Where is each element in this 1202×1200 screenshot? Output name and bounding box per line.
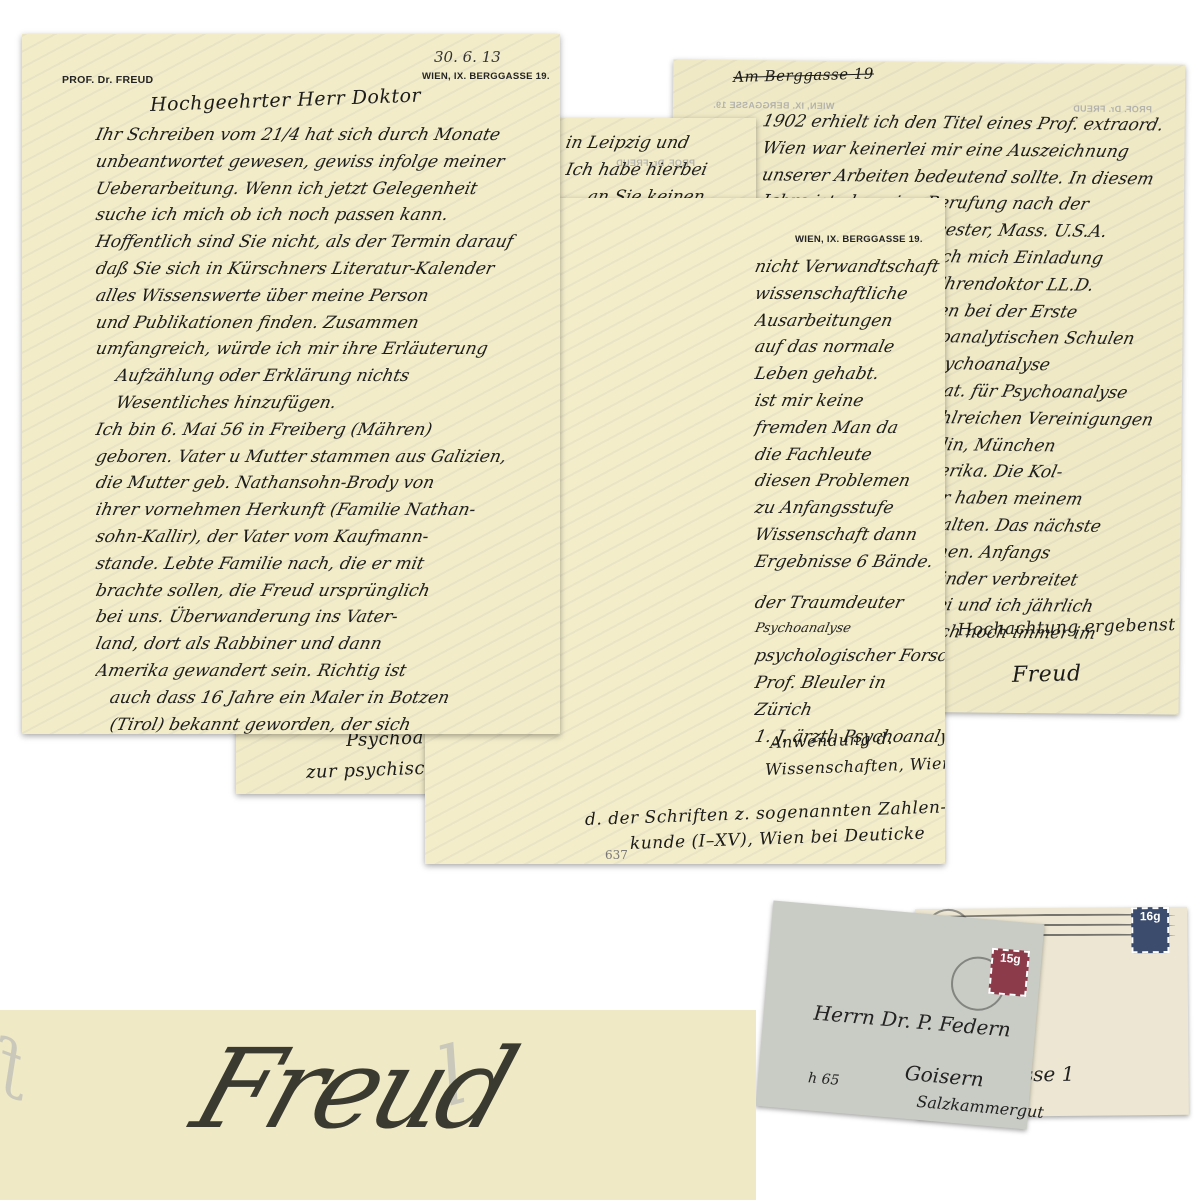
handwritten-line: sohn-Kallir), der Vater vom Kaufmann-: [93, 524, 559, 551]
handwritten-line: stande. Lebte Familie nach, die er mit: [93, 551, 559, 578]
handwritten-line: Amerika gewandert sein. Richtig ist: [93, 658, 559, 685]
handwritten-line: 1902 erhielt ich den Titel eines Prof. e…: [760, 108, 1186, 139]
continuation-line: Wissenschaften, Wien: [765, 753, 945, 779]
letter-date: 30. 6. 13: [434, 48, 501, 66]
salutation: Hochgeehrter Herr Doktor: [150, 85, 422, 116]
handwritten-line: ihrer vornehmen Herkunft (Familie Nathan…: [93, 497, 559, 524]
handwritten-line: ist mir keine: [752, 388, 945, 415]
bleedthrough-text: ƒ: [0, 1028, 34, 1101]
handwritten-line: Ihr Schreiben vom 21/4 hat sich durch Mo…: [93, 122, 559, 149]
handwritten-line: Ich habe hierbei: [563, 157, 756, 184]
handwritten-line: geboren. Vater u Mutter stammen aus Gali…: [93, 444, 559, 471]
handwritten-line: Ich bin 6. Mai 56 in Freiberg (Mähren): [93, 417, 559, 444]
address-line: Goisern: [904, 1061, 985, 1092]
archive-number: 637: [605, 848, 628, 862]
stamp-value: 15g: [999, 951, 1021, 967]
letter-page-1: PROF. Dr. FREUD 30. 6. 13 WIEN, IX. BERG…: [22, 34, 560, 734]
handwritten-line: Aufzählung oder Erklärung nichts: [93, 363, 559, 390]
postage-stamp-icon: 16g: [1131, 907, 1169, 953]
handwritten-line: die Mutter geb. Nathansohn-Brody von: [93, 470, 559, 497]
handwritten-line: Wesentliches hinzufügen.: [93, 390, 559, 417]
handwritten-line: auch dass 16 Jahre ein Maler in Botzen: [93, 685, 559, 712]
handwritten-line: Leben gehabt.: [752, 361, 945, 388]
handwritten-line: Ueberarbeitung. Wenn ich jetzt Gelegenhe…: [93, 176, 559, 203]
handwritten-line: Wissenschaft dann: [752, 522, 945, 549]
handwritten-line: zu Anfangsstufe: [752, 495, 945, 522]
handwritten-line: die Fachleute: [752, 442, 945, 469]
handwritten-line: der Traumdeuter: [752, 590, 945, 617]
page-3-lines: nicht Verwandtschaft wissenschaftliche A…: [755, 254, 945, 750]
handwritten-line: unbeantwortet gewesen, gewiss infolge me…: [93, 149, 559, 176]
signature-closeup: ƒ l Freud: [0, 1010, 756, 1200]
handwritten-line: nicht Verwandtschaft: [752, 254, 945, 281]
footer-line: kunde (I–XV), Wien bei Deuticke: [630, 824, 926, 854]
handwritten-line: (Tirol) bekannt geworden, der sich: [93, 712, 559, 734]
handwritten-line: Wien war keinerlei mir eine Auszeichnung: [760, 135, 1186, 166]
page-1-lines: Ihr Schreiben vom 21/4 hat sich durch Mo…: [96, 122, 556, 734]
handwritten-line: Ausarbeitungen: [752, 308, 945, 335]
handwritten-line: auf das normale: [752, 334, 945, 361]
handwritten-line: Prof. Bleuler in: [752, 670, 945, 697]
handwritten-line: Hoffentlich sind Sie nicht, als der Term…: [93, 229, 559, 256]
letterhead-left: PROF. Dr. FREUD: [62, 74, 153, 86]
handwritten-line: suche ich mich ob ich noch passen kann.: [93, 202, 559, 229]
handwritten-line: diesen Problemen: [752, 468, 945, 495]
handwritten-line: in Leipzig und: [563, 130, 756, 157]
stamp-value: 16g: [1140, 909, 1161, 923]
handwritten-line: land, dort als Rabbiner und dann: [93, 631, 559, 658]
handwritten-line: daß Sie sich in Kürschners Literatur-Kal…: [93, 256, 559, 283]
handwritten-line: brachte sollen, die Freud ursprünglich: [93, 578, 559, 605]
postage-stamp-icon: 15g: [988, 948, 1030, 997]
handwritten-line: psychologischer Forschung: [752, 643, 945, 670]
envelope-front: 15g Herrn Dr. P. Federn h 65 Goisern Sal…: [756, 901, 1045, 1130]
letterhead: WIEN, IX. BERGGASSE 19.: [795, 234, 923, 245]
handwritten-line: und Publikationen finden. Zusammen: [93, 310, 559, 337]
handwritten-line: wissenschaftliche: [752, 281, 945, 308]
handwritten-line: Ergebnisse 6 Bände.: [752, 549, 945, 576]
address-line: Salzkammergut: [916, 1092, 1045, 1122]
handwritten-line: fremden Man da: [752, 415, 945, 442]
handwritten-line: bei uns. Überwanderung ins Vater-: [93, 604, 559, 631]
letterhead-right: WIEN, IX. BERGGASSE 19.: [422, 71, 550, 82]
handwritten-line: alles Wissenswerte über meine Person: [93, 283, 559, 310]
crossed-out-header: Am Berggasse 19: [733, 65, 874, 86]
address-note: h 65: [807, 1070, 840, 1089]
handwritten-line: Psychoanalyse: [752, 616, 945, 643]
signature-small: Freud: [1012, 661, 1082, 688]
signature-large: Freud: [179, 1025, 526, 1153]
handwritten-line: Zürich: [752, 697, 945, 724]
handwritten-line: umfangreich, würde ich mir ihre Erläuter…: [93, 336, 559, 363]
